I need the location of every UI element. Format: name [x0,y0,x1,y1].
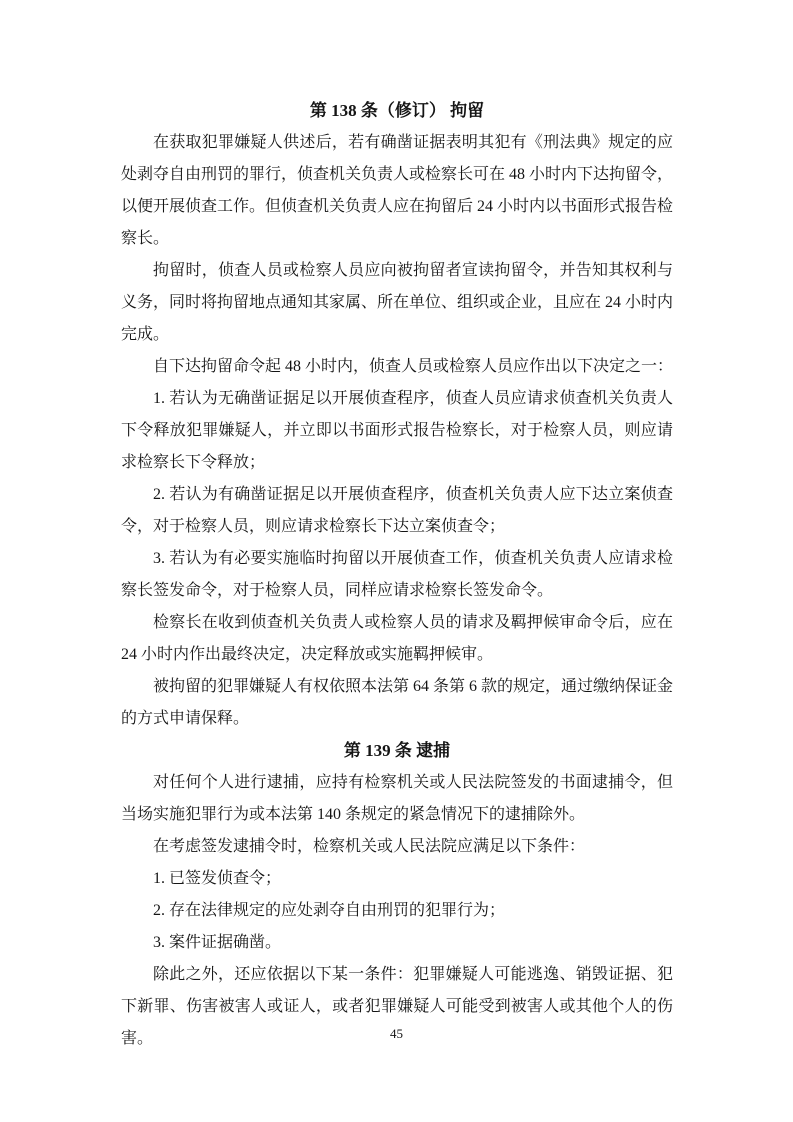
article-139-list-item-3: 3. 案件证据确凿。 [121,927,673,959]
article-138-list-item-2: 2. 若认为有确凿证据足以开展侦查程序，侦查机关负责人应下达立案侦查令，对于检察… [121,479,673,543]
page-number: 45 [0,1024,793,1044]
article-138-list-item-3: 3. 若认为有必要实施临时拘留以开展侦查工作，侦查机关负责人应请求检察长签发命令… [121,543,673,607]
article-138-paragraph-3: 自下达拘留命令起 48 小时内，侦查人员或检察人员应作出以下决定之一： [121,351,673,383]
document-page: 第 138 条（修订） 拘留 在获取犯罪嫌疑人供述后，若有确凿证据表明其犯有《刑… [0,0,793,1122]
article-138-heading: 第 138 条（修订） 拘留 [121,95,673,127]
article-139-paragraph-2: 在考虑签发逮捕令时，检察机关或人民法院应满足以下条件： [121,831,673,863]
article-139-heading: 第 139 条 逮捕 [121,735,673,767]
article-139-list-item-1: 1. 已签发侦查令； [121,863,673,895]
article-138-paragraph-4: 检察长在收到侦查机关负责人或检察人员的请求及羁押候审命令后，应在 24 小时内作… [121,607,673,671]
article-139-paragraph-1: 对任何个人进行逮捕，应持有检察机关或人民法院签发的书面逮捕令，但当场实施犯罪行为… [121,767,673,831]
article-139-list-item-2: 2. 存在法律规定的应处剥夺自由刑罚的犯罪行为； [121,895,673,927]
article-138-paragraph-2: 拘留时，侦查人员或检察人员应向被拘留者宣读拘留令，并告知其权利与义务，同时将拘留… [121,255,673,351]
document-content: 第 138 条（修订） 拘留 在获取犯罪嫌疑人供述后，若有确凿证据表明其犯有《刑… [121,95,673,1055]
article-138-list-item-1: 1. 若认为无确凿证据足以开展侦查程序，侦查人员应请求侦查机关负责人下令释放犯罪… [121,383,673,479]
article-138-paragraph-1: 在获取犯罪嫌疑人供述后，若有确凿证据表明其犯有《刑法典》规定的应处剥夺自由刑罚的… [121,127,673,255]
article-138-paragraph-5: 被拘留的犯罪嫌疑人有权依照本法第 64 条第 6 款的规定，通过缴纳保证金的方式… [121,671,673,735]
